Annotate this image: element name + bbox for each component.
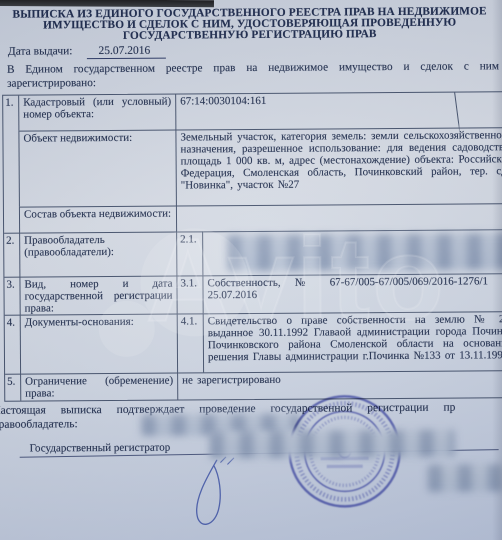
row-number: 4. [5,315,21,374]
row-sub-number: 4.1. [178,313,204,372]
pen-signature [187,452,258,536]
intro-paragraph: В Едином государственном реестре прав на… [7,60,499,90]
table-row-basis-documents: 4. Документы-основания: 4.1. Свидетельст… [5,311,502,374]
redacted-owner-name [227,233,502,271]
redacted-registrar-name [210,430,455,459]
issue-date-label: Дата выдачи: [8,45,73,57]
row-number [3,131,20,207]
table-row-encumbrance: 5. Ограничение (обременение) права: не з… [5,370,502,401]
row-value: Свидетельство о праве собственности на з… [204,311,502,372]
table-row-object-composition: Состав объекта недвижимости: [4,203,502,233]
row-value [203,229,502,275]
state-registrar-label: Государственный регистратор [30,442,171,455]
registry-table: 1. Кадастровый (или условный) номер объе… [2,91,502,402]
registry-extract-document: ВЫПИСКА ИЗ ЕДИНОГО ГОСУДАРСТВЕННОГО РЕЕС… [0,0,502,540]
row-label: Объект недвижимости: [19,130,177,207]
row-value: Земельный участок, категория земель: зем… [176,127,502,205]
redacted-region [428,464,502,492]
row-label: Кадастровый (или условный) номер объекта… [19,95,176,131]
table-row-registration-record: 3. Вид, номер и дата государственной рег… [4,273,502,315]
row-value: 67:14:0030104:161 [176,92,502,129]
row-label: Состав объекта недвижимости: [20,206,177,233]
row-number [4,207,20,233]
table-row-property-object: Объект недвижимости: Земельный участок, … [3,127,502,207]
issue-date-line: Дата выдачи:25.07.2016 [8,45,166,60]
row-sub-number: 2.1. [177,231,203,275]
row-number: 2. [4,233,20,277]
row-label: Вид, номер и дата государственной регист… [20,276,177,315]
table-row-rights-holder: 2. Правообладатель (правообладатели): 2.… [4,229,502,277]
row-value: Собственность, № 67-67/005-67/005/069/20… [203,273,502,313]
rights-holder-caption: правообладатель: [0,418,78,431]
row-label: Правообладатель (правообладатели): [20,232,177,277]
row-value [177,203,502,231]
row-sub-number: 3.1. [177,275,203,313]
row-number: 5. [5,374,21,401]
table-row-cadastral-number: 1. Кадастровый (или условный) номер объе… [3,92,502,131]
row-number: 3. [4,277,20,315]
document-title: ВЫПИСКА ИЗ ЕДИНОГО ГОСУДАРСТВЕННОГО РЕЕС… [0,6,501,42]
row-label: Ограничение (обременение) права: [21,373,178,401]
row-label: Документы-основания: [21,314,178,374]
issue-date-value: 25.07.2016 [86,45,166,60]
row-number: 1. [3,96,19,131]
